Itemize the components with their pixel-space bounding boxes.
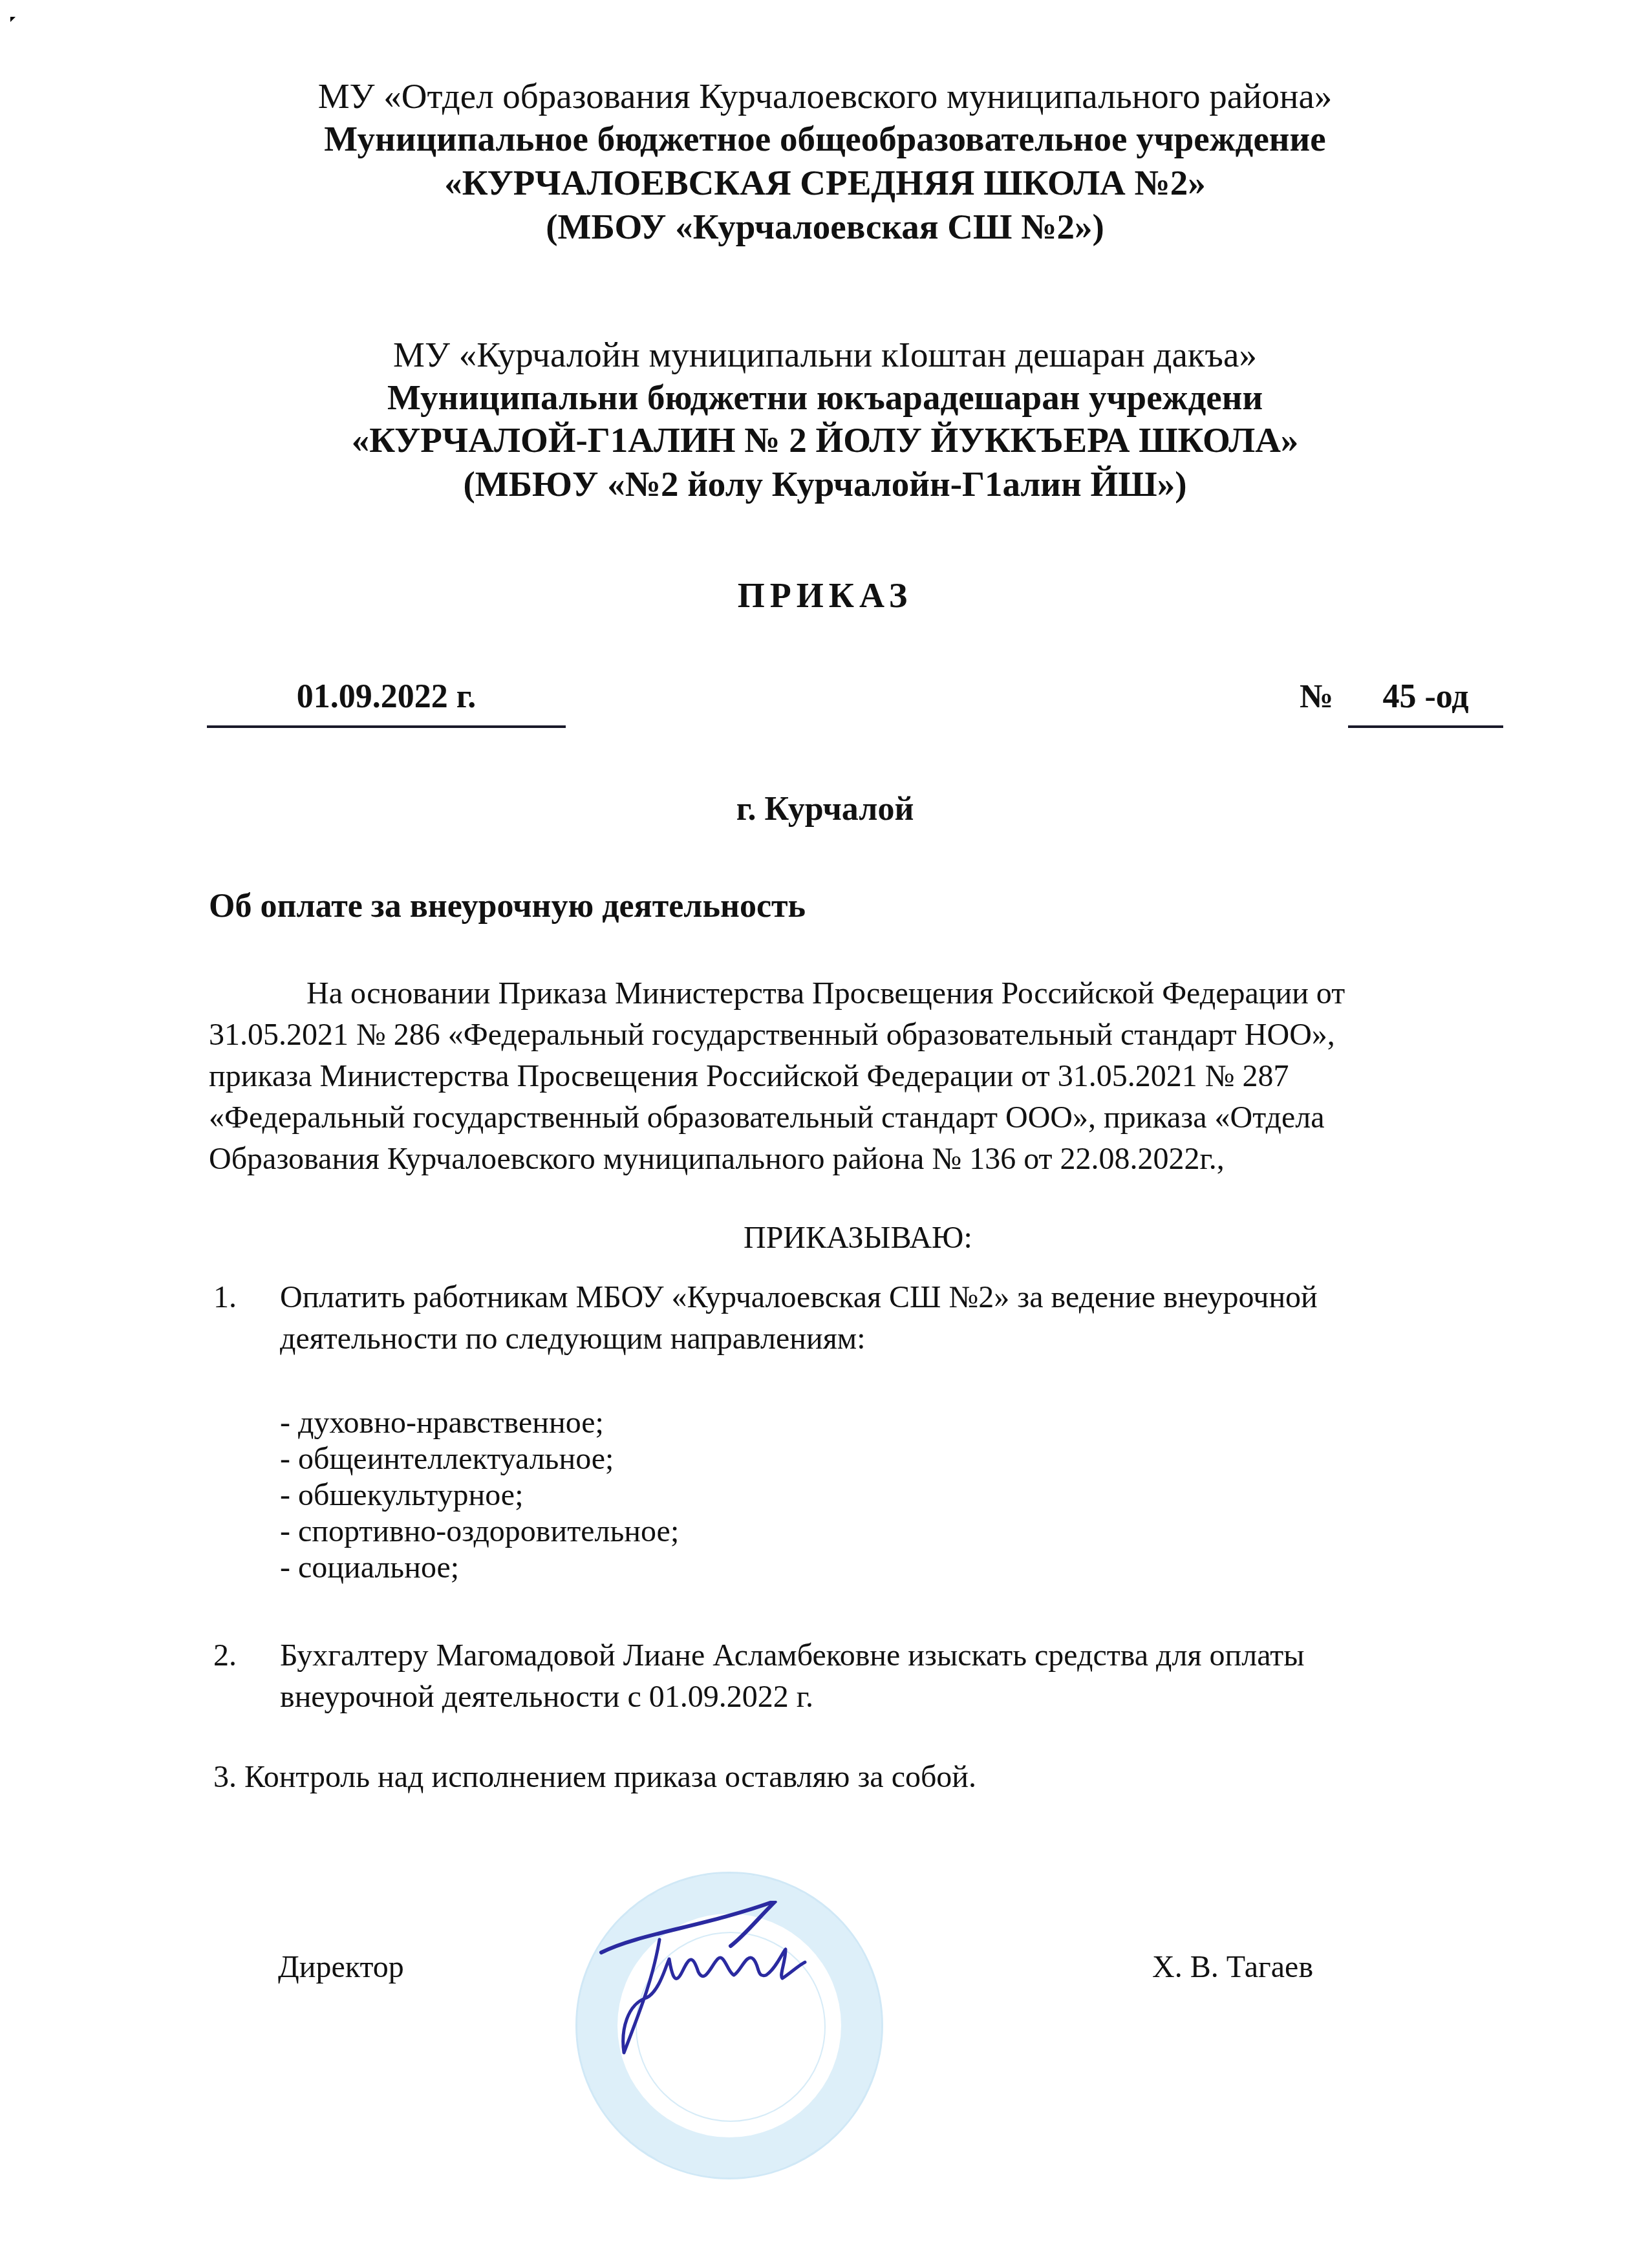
item-number: 3. bbox=[213, 1757, 237, 1797]
scan-corner-mark bbox=[10, 17, 16, 22]
header-ce-line3: «КУРЧАЛОЙ-Г1АЛИН № 2 ЙОЛУ ЙУККЪЕРА ШКОЛА… bbox=[0, 420, 1650, 460]
preamble-line: Образования Курчалоевского муниципальног… bbox=[209, 1139, 1225, 1179]
document-date: 01.09.2022 г. bbox=[207, 674, 566, 728]
preamble-line: приказа Министерства Просвещения Российс… bbox=[209, 1056, 1289, 1097]
header-ru-line4: (МБОУ «Курчалоевская СШ №2») bbox=[0, 207, 1650, 247]
preamble-line: «Федеральный государственный образовател… bbox=[209, 1098, 1325, 1138]
item-number: 1. bbox=[213, 1278, 237, 1318]
signature-icon bbox=[562, 1901, 899, 2056]
city: г. Курчалой bbox=[0, 790, 1650, 828]
header-ru-line2: Муниципальное бюджетное общеобразователь… bbox=[0, 119, 1650, 159]
preamble-line: 31.05.2021 № 286 «Федеральный государств… bbox=[209, 1015, 1335, 1055]
item-number: 2. bbox=[213, 1636, 237, 1676]
document-type: ПРИКАЗ bbox=[0, 575, 1650, 615]
item-line: Оплатить работникам МБОУ «Курчалоевская … bbox=[280, 1278, 1318, 1318]
order-word: ПРИКАЗЫВАЮ: bbox=[744, 1218, 972, 1258]
preamble-line: На основании Приказа Министерства Просве… bbox=[306, 974, 1345, 1014]
header-ce-line1: МУ «Курчалойн муниципальни кIоштан дешар… bbox=[0, 335, 1650, 375]
number-label: № bbox=[1300, 678, 1333, 716]
direction-item: - социальное; bbox=[280, 1548, 459, 1588]
direction-item: - спортивно-оздоровительное; bbox=[280, 1512, 679, 1552]
direction-item: - общеинтеллектуальное; bbox=[280, 1439, 614, 1479]
subject: Об оплате за внеурочную деятельность bbox=[209, 887, 806, 925]
header-ru-line1: МУ «Отдел образования Курчалоевского мун… bbox=[0, 76, 1650, 116]
item-line: деятельности по следующим направлениям: bbox=[280, 1319, 866, 1359]
header-ru-line3: «КУРЧАЛОЕВСКАЯ СРЕДНЯЯ ШКОЛА №2» bbox=[0, 163, 1650, 203]
direction-item: - обшекультурное; bbox=[280, 1475, 523, 1515]
item-line: Контроль над исполнением приказа оставля… bbox=[244, 1757, 976, 1797]
direction-item: - духовно-нравственное; bbox=[280, 1403, 604, 1443]
header-ce-line2: Муниципальни бюджетни юкъарадешаран учре… bbox=[0, 378, 1650, 418]
signatory-position: Директор bbox=[278, 1947, 404, 1987]
document-number: 45 -од bbox=[1348, 674, 1503, 728]
item-line: Бухгалтеру Магомадовой Лиане Асламбековн… bbox=[280, 1636, 1304, 1676]
signatory-name: Х. В. Тагаев bbox=[1152, 1947, 1313, 1987]
header-ce-line4: (МБЮУ «№2 йолу Курчалойн-Г1алин ЙШ») bbox=[0, 464, 1650, 504]
item-line: внеурочной деятельности с 01.09.2022 г. bbox=[280, 1677, 813, 1717]
